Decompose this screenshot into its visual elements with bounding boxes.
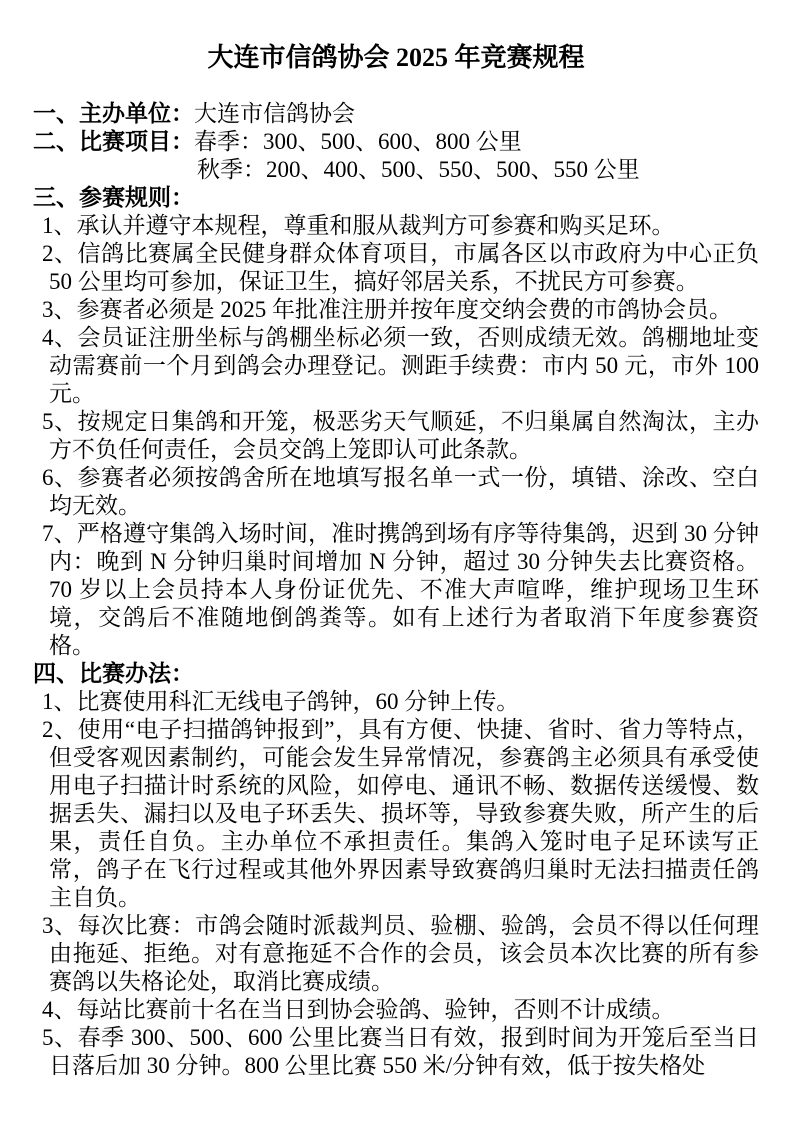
events-label: 二、比赛项目： <box>33 129 194 154</box>
method-item-4: 4、每站比赛前十名在当日到协会验鸽、验钟，否则不计成绩。 <box>49 996 759 1024</box>
organizer-value: 大连市信鸽协会 <box>194 101 355 126</box>
rules-heading: 三、参赛规则： <box>33 184 759 212</box>
rule-item-1: 1、承认并遵守本规程，尊重和服从裁判方可参赛和购买足环。 <box>49 212 759 240</box>
events-line: 二、比赛项目：春季：300、500、600、800 公里 <box>33 128 759 156</box>
events-spring: 春季：300、500、600、800 公里 <box>194 129 522 154</box>
method-item-2: 2、使用“电子扫描鸽钟报到”，具有方便、快捷、省时、省力等特点，但受客观因素制约… <box>49 716 759 912</box>
rule-item-4: 4、会员证注册坐标与鸽棚坐标必须一致，否则成绩无效。鸽棚地址变动需赛前一个月到鸽… <box>49 324 759 408</box>
method-item-1: 1、比赛使用科汇无线电子鸽钟，60 分钟上传。 <box>49 688 759 716</box>
page-title: 大连市信鸽协会 2025 年竞赛规程 <box>33 42 759 74</box>
rule-item-2: 2、信鸽比赛属全民健身群众体育项目，市属各区以市政府为中心正负 50 公里均可参… <box>49 240 759 296</box>
rule-item-6: 6、参赛者必须按鸽舍所在地填写报名单一式一份，填错、涂改、空白均无效。 <box>49 464 759 520</box>
rule-item-7: 7、严格遵守集鸽入场时间，准时携鸽到场有序等待集鸽，迟到 30 分钟内：晚到 N… <box>49 520 759 660</box>
organizer-line: 一、主办单位：大连市信鸽协会 <box>33 100 759 128</box>
method-item-5: 5、春季 300、500、600 公里比赛当日有效，报到时间为开笼后至当日日落后… <box>49 1024 759 1080</box>
events-autumn: 秋季：200、400、500、550、500、550 公里 <box>197 156 759 184</box>
rule-item-3: 3、参赛者必须是 2025 年批准注册并按年度交纳会费的市鸽协会员。 <box>49 296 759 324</box>
organizer-label: 一、主办单位： <box>33 101 194 126</box>
rule-item-5: 5、按规定日集鸽和开笼，极恶劣天气顺延，不归巢属自然淘汰，主办方不负任何责任，会… <box>49 408 759 464</box>
document-page: 大连市信鸽协会 2025 年竞赛规程 一、主办单位：大连市信鸽协会 二、比赛项目… <box>0 0 793 1122</box>
method-item-3: 3、每次比赛：市鸽会随时派裁判员、验棚、验鸽，会员不得以任何理由拖延、拒绝。对有… <box>49 912 759 996</box>
methods-heading: 四、比赛办法： <box>33 660 759 688</box>
